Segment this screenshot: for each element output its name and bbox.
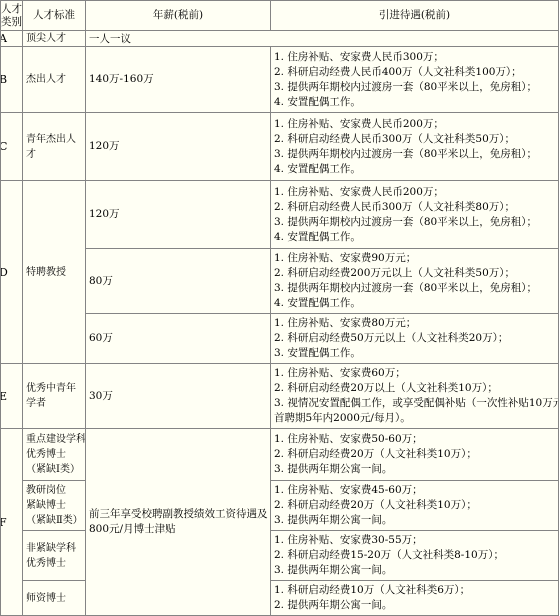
table-row-f-sub2: 教研岗位紧缺博士（紧缺Ⅱ类） 1. 住房补贴、安家费45-60万；2. 科研启动…	[1, 481, 559, 531]
table-row-c: C 青年杰出人才 120万 1. 住房补贴、安家费人民币200万；2. 科研启动…	[1, 113, 559, 181]
text-line: 2. 科研启动经费20万（人文社科类10万）；	[274, 498, 557, 513]
text-line: 3. 提供两年期校内过渡房一套（80平米以上，免房租）；	[274, 281, 557, 296]
text-line: 3. 提供两年期校内过渡房一套（80平米以上，免房租）；	[274, 147, 557, 162]
text-line: （紧缺Ⅱ类）	[26, 513, 85, 528]
row-f-sub2-benefits: 1. 住房补贴、安家费45-60万；2. 科研启动经费20万（人文社科类10万）…	[271, 481, 559, 531]
table-row-e: E 优秀中青年学者 30万 1. 住房补贴、安家费60万；2. 科研启动经费20…	[1, 364, 559, 429]
row-b-benefits: 1. 住房补贴、安家费人民币300万；2. 科研启动经费人民币400万（人文社科…	[271, 47, 559, 113]
text-line: 2. 科研启动经费人民币400万（人文社科类100万）；	[274, 65, 557, 80]
row-e-salary: 30万	[86, 364, 271, 429]
text-line: 1. 住房补贴、安家费80万元；	[274, 316, 557, 331]
text-line: 1. 住房补贴、安家费60万；	[274, 366, 557, 381]
table-row-f-sub4: 师资博士 1. 科研启动经费10万（人文社科类6万）；2. 提供两年期公寓一间。	[1, 581, 559, 616]
row-d-letter: D	[1, 181, 23, 364]
text-line: 2. 提供两年期公寓一间。	[274, 598, 557, 613]
row-f-sub4-standard: 师资博士	[23, 581, 86, 616]
text-line: 2. 科研启动经费15-20万（人文社科类8-10万）；	[274, 548, 557, 563]
text-line: 1. 住房补贴、安家费人民币300万；	[274, 50, 557, 65]
row-e-letter: E	[1, 364, 23, 429]
row-a-standard: 顶尖人才	[23, 31, 86, 47]
text-line: 紧缺博士	[26, 498, 85, 513]
row-d-tier2-salary: 80万	[86, 249, 271, 314]
row-d-tier2-benefits: 1. 住房补贴、安家费90万元；2. 科研启动经费200万元以上（人文社科类50…	[271, 249, 559, 314]
row-d-standard: 特聘教授	[23, 181, 86, 364]
table-row-d-tier1: D 特聘教授 120万 1. 住房补贴、安家费人民币200万；2. 科研启动经费…	[1, 181, 559, 249]
text-line: 2. 科研启动经费人民币300万（人文社科类80万）；	[274, 200, 557, 215]
text-line: 非紧缺学科	[26, 541, 85, 556]
text-line: 1. 住房补贴、安家费90万元；	[274, 251, 557, 266]
table-row-f-sub1: F 重点建设学科优秀博士（紧缺Ⅰ类） 前三年享受校聘副教授绩效工资待遇及800元…	[1, 429, 559, 481]
text-line: 1. 住房补贴、安家费人民币200万；	[274, 117, 557, 132]
text-line: 4. 安置配偶工作。	[274, 162, 557, 177]
text-line: 2. 科研启动经费20万（人文社科类10万）；	[274, 447, 557, 462]
text-line: 重点建设学科	[26, 432, 85, 447]
text-line: 学者	[26, 396, 85, 411]
table-header-row: 人才 类别 人才标准 年薪(税前) 引进待遇(税前)	[1, 1, 559, 31]
text-line: 3. 视情况安置配偶工作，或享受配偶补贴（一次性补贴10万元或	[274, 396, 557, 411]
text-line: 首聘期5年内2000元/每月）。	[274, 411, 557, 426]
header-talent-category: 人才 类别	[1, 1, 23, 31]
header-talent-category-line1: 人才	[1, 3, 22, 16]
table-row-f-sub3: 非紧缺学科优秀博士 1. 住房补贴、安家费30-55万；2. 科研启动经费15-…	[1, 531, 559, 581]
text-line: 1. 住房补贴、安家费30-55万；	[274, 533, 557, 548]
text-line: 3. 提供两年期公寓一间。	[274, 563, 557, 578]
row-f-letter: F	[1, 429, 23, 616]
text-line: 3. 提供两年期校内过渡房一套（80平米以上，免房租）；	[274, 80, 557, 95]
row-f-sub1-benefits: 1. 住房补贴、安家费50-60万；2. 科研启动经费20万（人文社科类10万）…	[271, 429, 559, 481]
text-line: 师资博士	[26, 591, 85, 606]
row-f-salary: 前三年享受校聘副教授绩效工资待遇及800元/月博士津贴	[86, 429, 271, 616]
row-d-tier1-benefits: 1. 住房补贴、安家费人民币200万；2. 科研启动经费人民币300万（人文社科…	[271, 181, 559, 249]
text-line: 优秀中青年	[26, 381, 85, 396]
row-d-tier3-salary: 60万	[86, 314, 271, 364]
row-c-benefits: 1. 住房补贴、安家费人民币200万；2. 科研启动经费人民币300万（人文社科…	[271, 113, 559, 181]
text-line: 2. 科研启动经费200万元以上（人文社科类50万）；	[274, 266, 557, 281]
row-a-letter: A	[1, 31, 23, 47]
text-line: 3. 提供两年期公寓一间。	[274, 462, 557, 477]
text-line: 1. 住房补贴、安家费人民币200万；	[274, 185, 557, 200]
table-row-b: B 杰出人才 140万-160万 1. 住房补贴、安家费人民币300万；2. 科…	[1, 47, 559, 113]
row-e-standard: 优秀中青年学者	[23, 364, 86, 429]
text-line: 4. 安置配偶工作。	[274, 95, 557, 110]
text-line: 800元/月博士津贴	[89, 522, 270, 537]
text-line: 2. 科研启动经费20万以上（人文社科类10万）；	[274, 381, 557, 396]
table-row-a: A 顶尖人才 一人一议	[1, 31, 559, 47]
text-line: 1. 科研启动经费10万（人文社科类6万）；	[274, 583, 557, 598]
text-line: 4. 安置配偶工作。	[274, 230, 557, 245]
text-line: 3. 提供两年期校内过渡房一套（80平米以上，免房租）；	[274, 215, 557, 230]
row-c-salary: 120万	[86, 113, 271, 181]
text-line: 4. 安置配偶工作。	[274, 296, 557, 311]
row-f-sub4-benefits: 1. 科研启动经费10万（人文社科类6万）；2. 提供两年期公寓一间。	[271, 581, 559, 616]
row-f-sub2-standard: 教研岗位紧缺博士（紧缺Ⅱ类）	[23, 481, 86, 531]
text-line: 1. 住房补贴、安家费50-60万；	[274, 432, 557, 447]
text-line: 3. 提供两年期公寓一间。	[274, 513, 557, 528]
row-b-standard: 杰出人才	[23, 47, 86, 113]
header-talent-standard: 人才标准	[23, 1, 86, 31]
text-line: 教研岗位	[26, 483, 85, 498]
row-f-sub1-standard: 重点建设学科优秀博士（紧缺Ⅰ类）	[23, 429, 86, 481]
talent-recruitment-table: 人才 类别 人才标准 年薪(税前) 引进待遇(税前) A 顶尖人才 一人一议 B…	[0, 0, 559, 616]
text-line: 2. 科研启动经费人民币300万（人文社科类50万）；	[274, 132, 557, 147]
text-line: 1. 住房补贴、安家费45-60万；	[274, 483, 557, 498]
row-c-standard: 青年杰出人才	[23, 113, 86, 181]
header-annual-salary: 年薪(税前)	[86, 1, 271, 31]
text-line: 前三年享受校聘副教授绩效工资待遇及	[89, 507, 270, 522]
text-line: 优秀博士	[26, 556, 85, 571]
text-line: 3. 安置配偶工作。	[274, 346, 557, 361]
row-a-salary-benefits: 一人一议	[86, 31, 559, 47]
row-d-tier1-salary: 120万	[86, 181, 271, 249]
text-line: 2. 科研启动经费50万元以上（人文社科类20万）；	[274, 331, 557, 346]
row-f-sub3-benefits: 1. 住房补贴、安家费30-55万；2. 科研启动经费15-20万（人文社科类8…	[271, 531, 559, 581]
row-b-salary: 140万-160万	[86, 47, 271, 113]
text-line: 优秀博士	[26, 447, 85, 462]
row-d-tier3-benefits: 1. 住房补贴、安家费80万元；2. 科研启动经费50万元以上（人文社科类20万…	[271, 314, 559, 364]
row-f-sub3-standard: 非紧缺学科优秀博士	[23, 531, 86, 581]
header-recruitment-benefits: 引进待遇(税前)	[271, 1, 559, 31]
row-b-letter: B	[1, 47, 23, 113]
row-e-benefits: 1. 住房补贴、安家费60万；2. 科研启动经费20万以上（人文社科类10万）；…	[271, 364, 559, 429]
row-c-letter: C	[1, 113, 23, 181]
header-talent-category-line2: 类别	[1, 16, 22, 29]
text-line: （紧缺Ⅰ类）	[26, 462, 85, 477]
